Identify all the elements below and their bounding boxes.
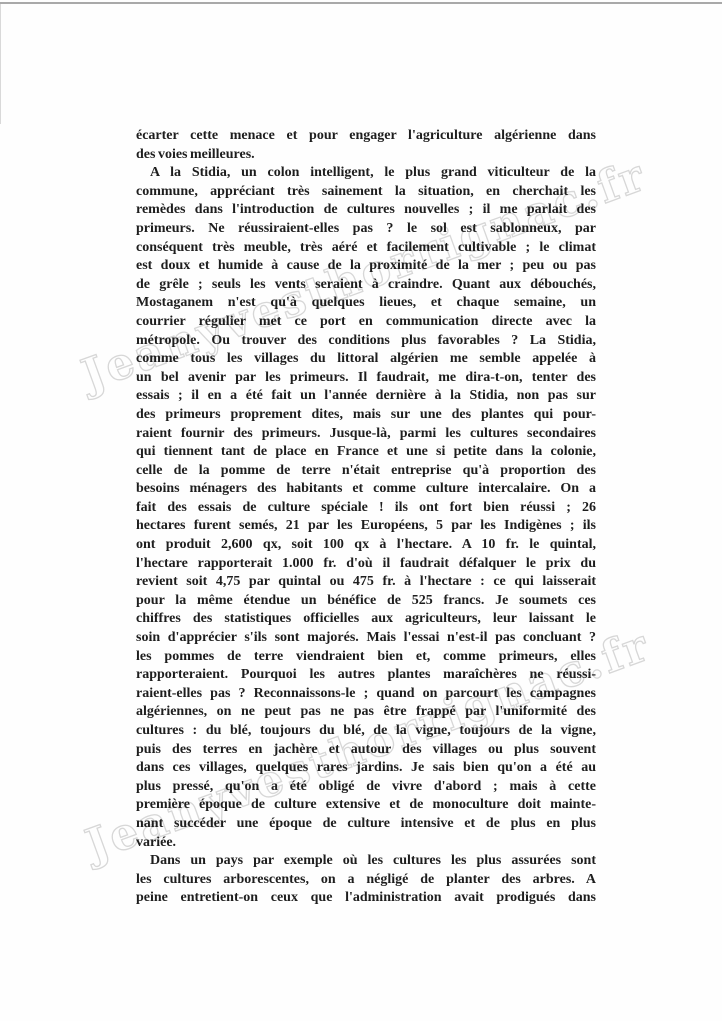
text-line: rapporteraient. Pourquoi les autres plan… [136, 666, 596, 685]
text-line: revient soit 4,75 par quintal ou 475 fr.… [136, 573, 596, 592]
text-line: les pommes de terre viendraient bien et,… [136, 648, 596, 667]
page-edge-left-line [0, 4, 1, 124]
text-line: essais ; il en a été fait un l'année der… [136, 387, 596, 406]
text-line: conséquent très meuble, très aéré et fac… [136, 239, 596, 258]
text-line: raient fournir des primeurs. Jusque-là, … [136, 425, 596, 444]
text-line: commune, appréciant très sainement la si… [136, 183, 596, 202]
text-line: primeurs. Ne réussiraient-elles pas ? le… [136, 220, 596, 239]
text-line: chiffres des statistiques officielles au… [136, 610, 596, 629]
text-line: Mostaganem n'est qu'à quelques lieues, e… [136, 294, 596, 313]
text-line: dans ces villages, quelques rares jardin… [136, 759, 596, 778]
text-line: qui tiennent tant de place en France et … [136, 443, 596, 462]
text-line: des primeurs proprement dites, mais sur … [136, 406, 596, 425]
text-line: de grêle ; seuls les vents seraient à cr… [136, 276, 596, 295]
text-line: celle de la pomme de terre n'était entre… [136, 462, 596, 481]
text-line: courrier régulier met ce port en communi… [136, 313, 596, 332]
text-line: des voies meilleures. [136, 146, 596, 165]
text-line: soin d'apprécier s'ils sont majorés. Mai… [136, 629, 596, 648]
text-line: raient-elles pas ? Reconnaissons-le ; qu… [136, 685, 596, 704]
text-line: remèdes dans l'introduction de cultures … [136, 201, 596, 220]
text-line: première époque de culture extensive et … [136, 796, 596, 815]
text-line: variée. [136, 834, 596, 853]
text-line: A la Stidia, un colon intelligent, le pl… [136, 164, 596, 183]
page-edge-line [0, 2, 722, 4]
text-line: hectares furent semés, 21 par les Europé… [136, 517, 596, 536]
text-line: algériennes, on ne peut pas ne pas être … [136, 703, 596, 722]
text-line: peine entretient-on ceux que l'administr… [136, 889, 596, 908]
text-line: l'hectare rapporterait 1.000 fr. d'où il… [136, 555, 596, 574]
text-line: pour la même étendue un bénéfice de 525 … [136, 592, 596, 611]
text-line: les cultures arborescentes, on a négligé… [136, 871, 596, 890]
text-line: un bel avenir par les primeurs. Il faudr… [136, 369, 596, 388]
text-line: Dans un pays par exemple où les cultures… [136, 852, 596, 871]
page-text: écarter cette menace et pour engager l'a… [136, 127, 596, 908]
text-line: est doux et humide à cause de la proximi… [136, 257, 596, 276]
text-line: écarter cette menace et pour engager l'a… [136, 127, 596, 146]
text-line: plus pressé, qu'on a été obligé de vivre… [136, 778, 596, 797]
text-line: cultures : du blé, toujours du blé, de l… [136, 722, 596, 741]
text-line: fait des essais de culture spéciale ! il… [136, 499, 596, 518]
text-line: comme tous les villages du littoral algé… [136, 350, 596, 369]
text-line: nant succéder une époque de culture inte… [136, 815, 596, 834]
text-line: puis des terres en jachère et autour des… [136, 741, 596, 760]
text-line: besoins ménagers des habitants et comme … [136, 480, 596, 499]
text-line: ont produit 2,600 qx, soit 100 qx à l'he… [136, 536, 596, 555]
scanned-page: Jeanyvesthorrignac.fr Jeanyvesthorrignac… [0, 0, 722, 1021]
text-line: métropole. Ou trouver des conditions plu… [136, 332, 596, 351]
